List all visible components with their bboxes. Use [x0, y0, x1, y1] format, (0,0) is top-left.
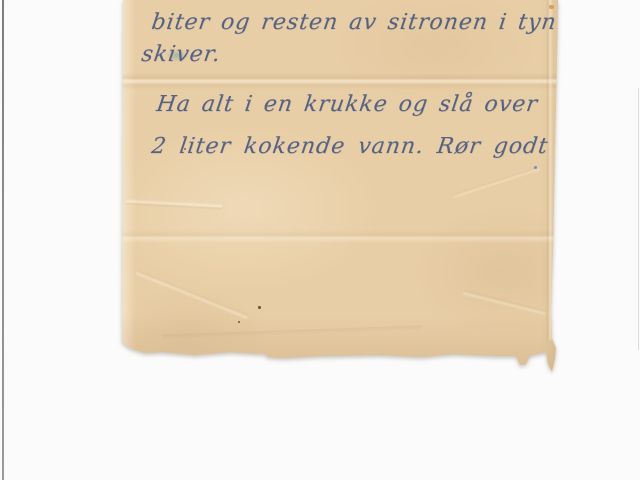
note-paper-shadow: biter og resten av sitronen i tynne skiv…	[122, 0, 558, 378]
paper-speck	[549, 5, 554, 9]
paper-wrinkle	[463, 290, 547, 316]
paper-crease	[546, 0, 553, 340]
paper-crease	[126, 197, 222, 210]
paper-wrinkle	[135, 270, 249, 321]
paper-wrinkle	[453, 166, 540, 199]
paper-speck	[534, 166, 537, 169]
handwriting-line-2: skiver.	[140, 44, 222, 66]
paper-wrinkle	[162, 325, 422, 339]
scanner-edge-line-left	[2, 0, 4, 480]
handwriting-line-3: Ha alt i en krukke og slå over	[155, 94, 539, 116]
scanner-edge-line-right	[638, 88, 639, 350]
note-paper: biter og resten av sitronen i tynne skiv…	[122, 0, 558, 378]
paper-speck	[258, 306, 261, 309]
paper-speck	[238, 321, 240, 323]
handwriting-line-1: biter og resten av sitronen i tynne	[150, 12, 587, 34]
handwriting-line-4: 2 liter kokende vann. Rør godt om.	[150, 136, 607, 158]
scanned-page: { "scan": { "background_color": "#fbfbfb…	[0, 0, 640, 480]
